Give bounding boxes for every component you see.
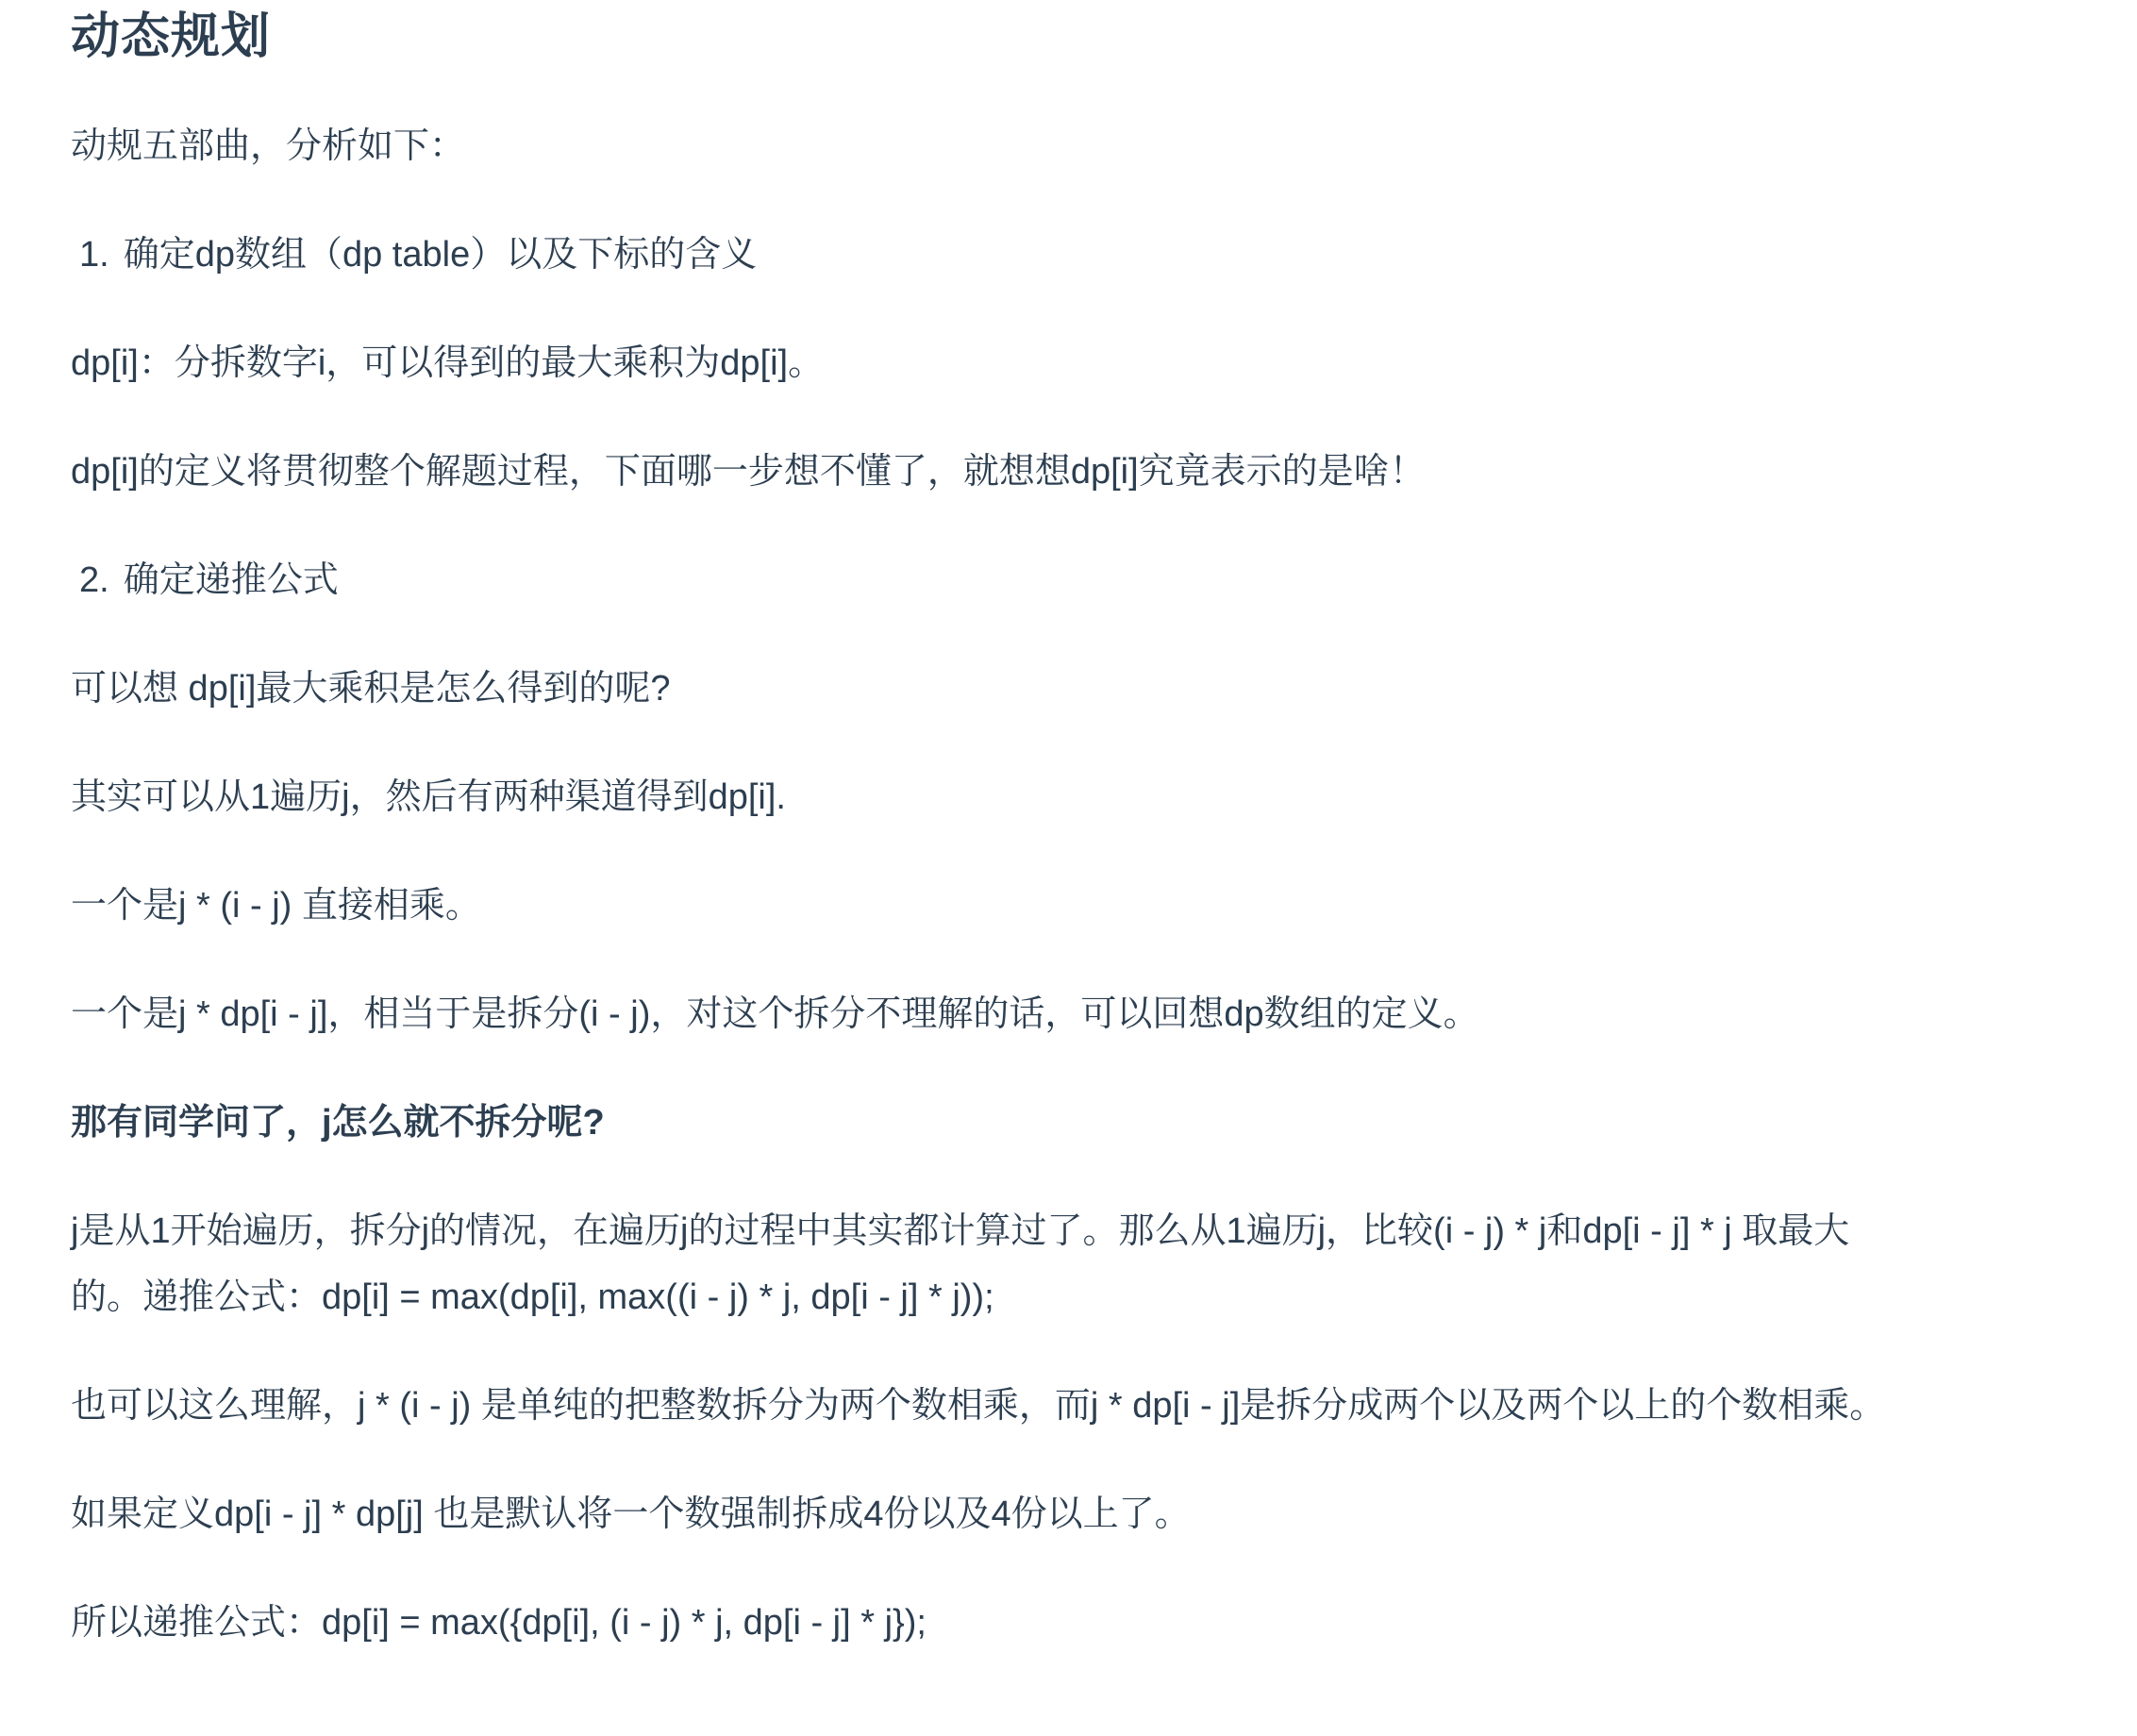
paragraph-channel-1: 一个是j * (i - j) 直接相乘。 [71, 873, 1912, 939]
article-content: 动态规划 动规五部曲，分析如下： 1.确定dp数组（dp table）以及下标的… [71, 8, 1912, 1656]
paragraph-two-channels: 其实可以从1遍历j，然后有两种渠道得到dp[i]. [71, 764, 1912, 830]
paragraph-final-formula: 所以递推公式：dp[i] = max({dp[i], (i - j) * j, … [71, 1590, 1912, 1656]
list-item-text: 确定dp数组（dp table）以及下标的含义 [124, 235, 758, 275]
paragraph-dp-definition: dp[i]：分拆数字i，可以得到的最大乘积为dp[i]。 [71, 330, 1912, 396]
bold-question-text: 那有同学问了，j怎么就不拆分呢? [71, 1103, 605, 1143]
list-item-text: 确定递推公式 [124, 560, 339, 600]
list-item-number: 2. [79, 560, 109, 600]
paragraph-dp-definition-note: dp[i]的定义将贯彻整个解题过程，下面哪一步想不懂了，就想想dp[i]究竟表示… [71, 439, 1912, 505]
intro-paragraph: 动规五部曲，分析如下： [71, 113, 1912, 179]
step-list-2: 2.确定递推公式 [71, 547, 1912, 613]
list-item-step-1: 1.确定dp数组（dp table）以及下标的含义 [79, 222, 1912, 288]
page-title: 动态规划 [71, 8, 1912, 66]
list-item-step-2: 2.确定递推公式 [79, 547, 1912, 613]
paragraph-channel-2: 一个是j * dp[i - j]，相当于是拆分(i - j)，对这个拆分不理解的… [71, 981, 1912, 1047]
paragraph-recurrence-explain: j是从1开始遍历，拆分j的情况，在遍历j的过程中其实都计算过了。那么从1遍历j，… [71, 1198, 1912, 1330]
list-item-number: 1. [79, 235, 109, 275]
paragraph-bold-question: 那有同学问了，j怎么就不拆分呢? [71, 1090, 1912, 1156]
paragraph-alternative-understanding: 也可以这么理解，j * (i - j) 是单纯的把整数拆分为两个数相乘，而j *… [71, 1373, 1912, 1439]
step-list-1: 1.确定dp数组（dp table）以及下标的含义 [71, 222, 1912, 288]
paragraph-dp-split-4: 如果定义dp[i - j] * dp[j] 也是默认将一个数强制拆成4份以及4份… [71, 1481, 1912, 1547]
document-page: 动态规划 动规五部曲，分析如下： 1.确定dp数组（dp table）以及下标的… [0, 0, 2137, 1656]
paragraph-question: 可以想 dp[i]最大乘积是怎么得到的呢? [71, 656, 1912, 722]
